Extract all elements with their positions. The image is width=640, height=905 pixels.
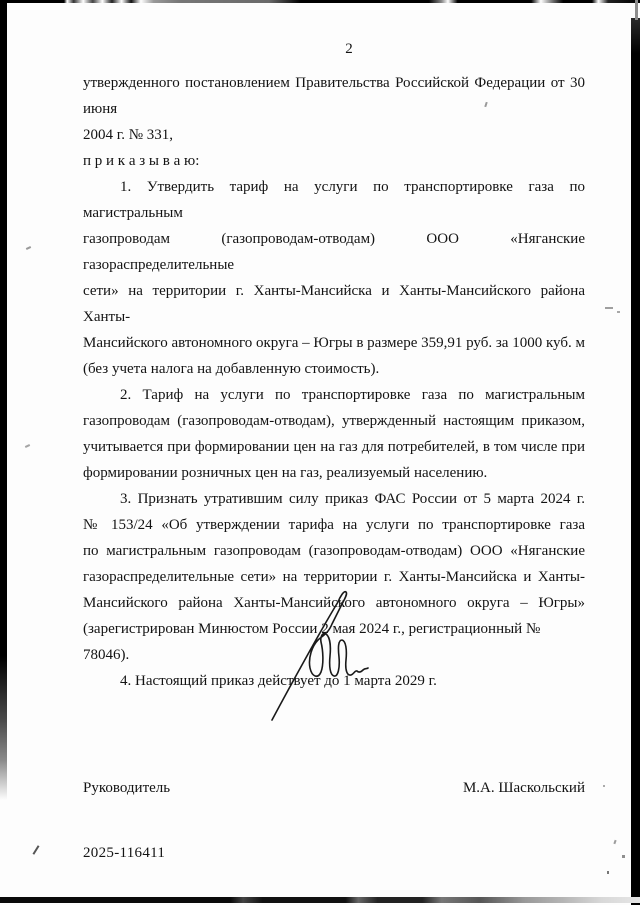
- body-line: Мансийского автономного округа – Югры в …: [83, 330, 585, 356]
- scan-speckle: [603, 785, 605, 787]
- scan-speckle: [613, 840, 616, 844]
- order-verb-line: п р и к а з ы в а ю:: [83, 148, 585, 174]
- body-line: газопроводам (газопроводам-отводам) ООО …: [83, 226, 585, 278]
- signature-role-label: Руководитель: [83, 775, 170, 801]
- page-number: 2: [83, 36, 585, 62]
- scan-speckle: [605, 307, 613, 309]
- handwritten-signature: [260, 580, 375, 722]
- body-line: утвержденного постановлением Правительст…: [83, 70, 585, 122]
- scan-edge-left: [0, 0, 7, 800]
- scan-edge-bottom: [0, 897, 640, 903]
- scan-speckle: [26, 246, 31, 250]
- body-line: газопроводам (газопроводам-отводам), утв…: [83, 408, 585, 434]
- body-line: 2004 г. № 331,: [83, 122, 585, 148]
- scan-speckle: [33, 845, 40, 855]
- body-line: 2. Тариф на услуги по транспортировке га…: [83, 382, 585, 408]
- scan-speckle: [25, 444, 30, 448]
- scan-edge-right: [631, 18, 640, 905]
- signature-row: Руководитель М.А. Шаскольский: [83, 775, 585, 801]
- scan-edge-right-top: [635, 0, 638, 20]
- body-line: учитывается при формировании цен на газ …: [83, 434, 585, 460]
- body-line: по магистральным газопроводам (газопрово…: [83, 538, 585, 564]
- scan-speckle: [617, 311, 620, 313]
- body-line: № 153/24 «Об утверждении тарифа на услуг…: [83, 512, 585, 538]
- body-line: сети» на территории г. Ханты-Мансийска и…: [83, 278, 585, 330]
- body-line: (без учета налога на добавленную стоимос…: [83, 356, 585, 382]
- body-line: 3. Признать утратившим силу приказ ФАС Р…: [83, 486, 585, 512]
- body-line: 1. Утвердить тариф на услуги по транспор…: [83, 174, 585, 226]
- signature-name: М.А. Шаскольский: [463, 775, 585, 801]
- scan-edge-top: [0, 0, 640, 3]
- scanned-order-page: 2 утвержденного постановлением Правитель…: [0, 0, 640, 905]
- body-line: формировании розничных цен на газ, реали…: [83, 460, 585, 486]
- scan-speckle: [622, 855, 625, 858]
- scan-speckle: [607, 871, 609, 874]
- footer-document-code: 2025-116411: [83, 845, 165, 862]
